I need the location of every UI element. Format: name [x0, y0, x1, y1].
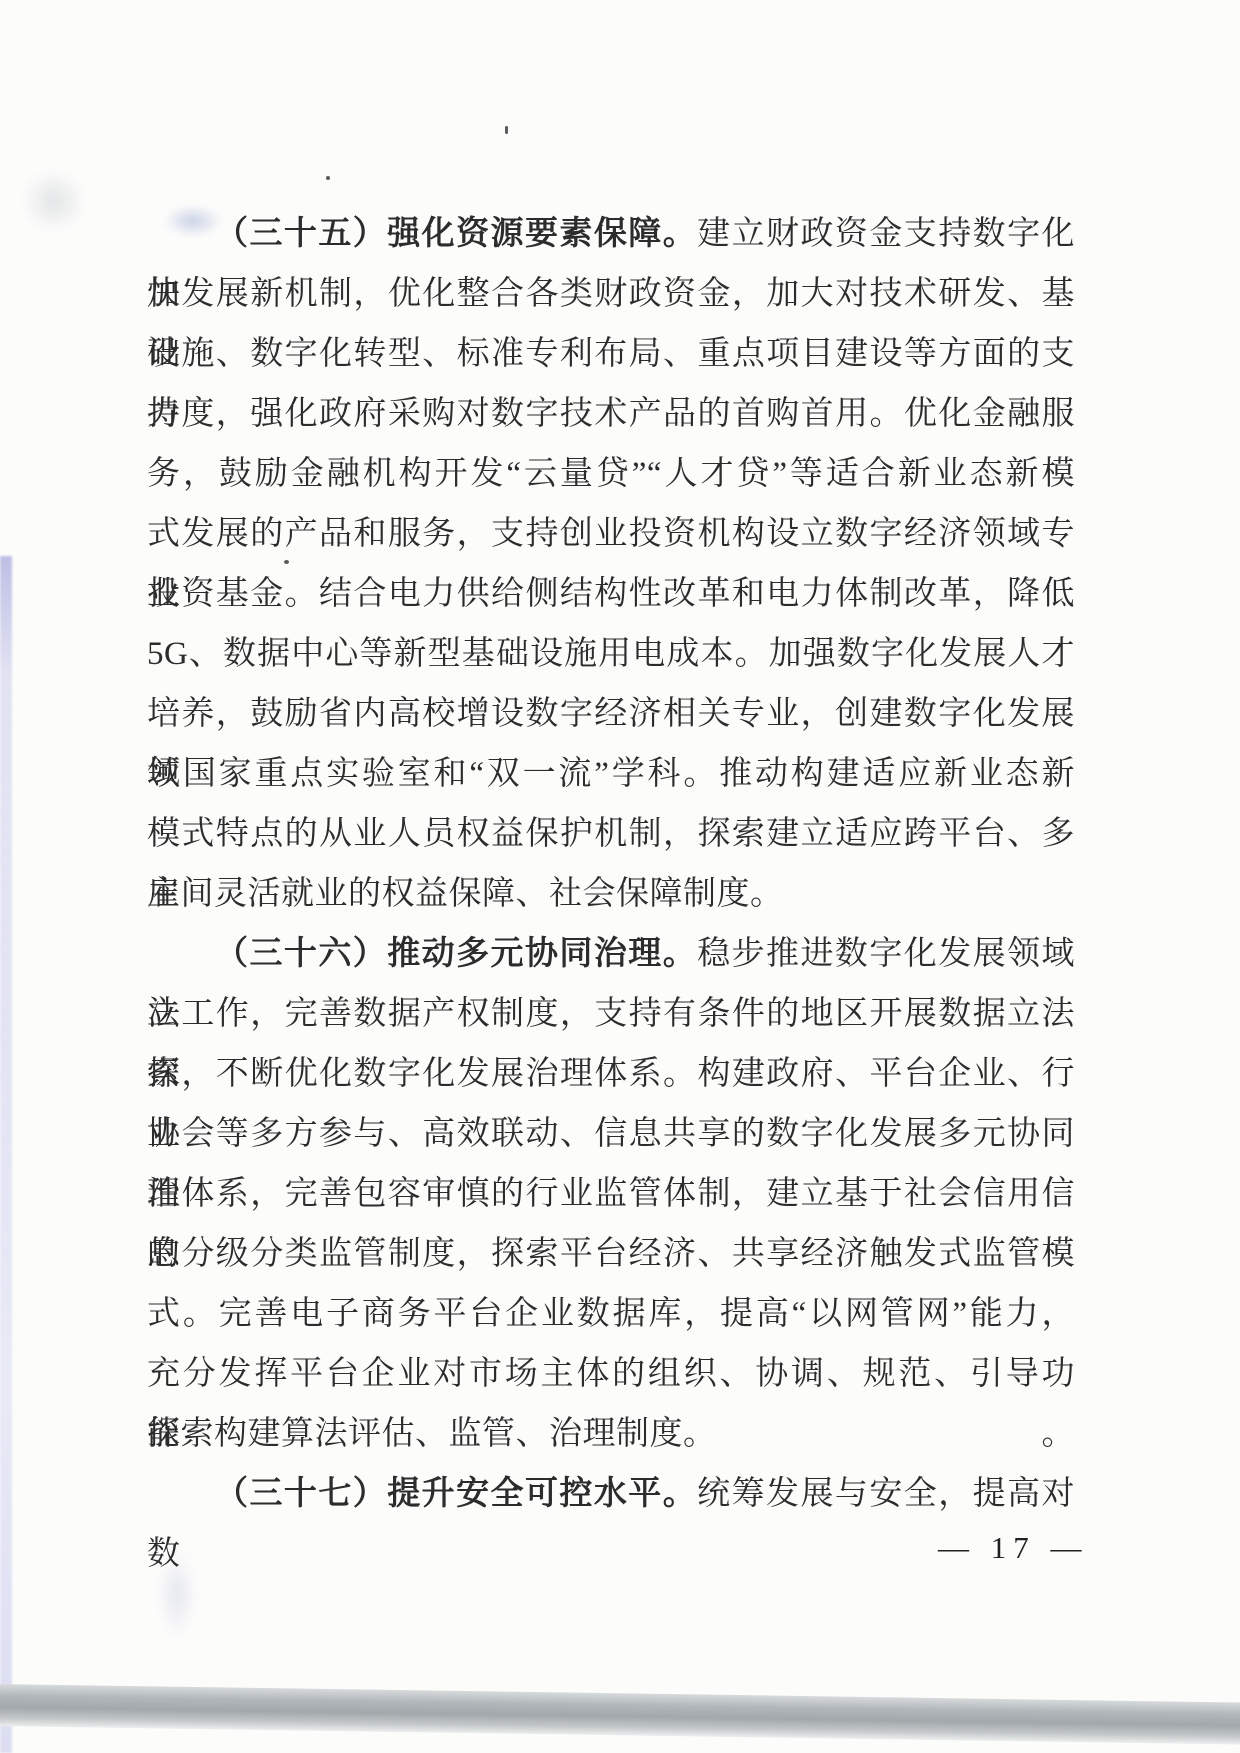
text-line: 法工作，完善数据产权制度，支持有条件的地区开展数据立法探 — [147, 984, 1075, 1044]
text-line: 充分发挥平台企业对市场主体的组织、协调、规范、引导功能。 — [147, 1344, 1075, 1404]
scan-bottom-shadow-band — [0, 1684, 1240, 1745]
body-text: 投资基金。结合电力供给侧结构性改革和电力体制改革，降低 — [147, 576, 1075, 612]
body-text: 5G、数据中心等新型基础设施用电成本。加强数字化发展人才 — [147, 636, 1075, 672]
scan-edge-strip — [0, 556, 12, 1753]
text-line: 的分级分类监管制度，探索平台经济、共享经济触发式监管模 — [147, 1224, 1075, 1284]
body-text: 的分级分类监管制度，探索平台经济、共享经济触发式监管模 — [147, 1236, 1075, 1272]
body-text: 式。完善电子商务平台企业数据库，提高“以网管网”能力， — [147, 1296, 1075, 1332]
clause-title-text: 强化资源要素保障。 — [387, 216, 697, 252]
body-text: 探索构建算法评估、监管、治理制度。 — [147, 1416, 717, 1452]
page-number: — 17 — — [938, 1530, 1089, 1566]
body-text: 主间灵活就业的权益保障、社会保障制度。 — [147, 876, 784, 912]
text-line: 式。完善电子商务平台企业数据库，提高“以网管网”能力， — [147, 1284, 1075, 1344]
text-line: 式发展的产品和服务，支持创业投资机构设立数字经济领域专业 — [147, 504, 1075, 564]
clause-title-text: 提升安全可控水平。 — [387, 1476, 697, 1512]
text-line: 索，不断优化数字化发展治理体系。构建政府、平台企业、行业 — [147, 1044, 1075, 1104]
scan-speck — [505, 126, 508, 134]
paragraph-clause-36: （三十六）推动多元协同治理。稳步推进数字化发展领域立法工作，完善数据产权制度，支… — [147, 924, 1075, 1464]
text-line: （三十七）提升安全可控水平。统筹发展与安全，提高对数 — [147, 1464, 1075, 1524]
clause-title-text: （三十六） — [215, 936, 387, 972]
scan-smudge-top-left — [22, 170, 86, 232]
text-line: （三十五）强化资源要素保障。建立财政资金支持数字化加 — [147, 204, 1075, 264]
text-line: 务，鼓励金融机构开发“云量贷”“人才贷”等适合新业态新模 — [147, 444, 1075, 504]
text-line: 培养，鼓励省内高校增设数字经济相关专业，创建数字化发展领 — [147, 684, 1075, 744]
text-line: 快发展新机制，优化整合各类财政资金，加大对技术研发、基础 — [147, 264, 1075, 324]
clause-title-text: （三十五） — [215, 216, 387, 252]
text-line: 主间灵活就业的权益保障、社会保障制度。 — [147, 864, 1075, 924]
text-line: 域国家重点实验室和“双一流”学科。推动构建适应新业态新 — [147, 744, 1075, 804]
clause-title-text: 推动多元协同治理。 — [387, 936, 697, 972]
text-line: 协会等多方参与、高效联动、信息共享的数字化发展多元协同治 — [147, 1104, 1075, 1164]
body-text: 域国家重点实验室和“双一流”学科。推动构建适应新业态新 — [147, 756, 1075, 792]
scan-speck — [326, 176, 330, 180]
text-line: 理体系，完善包容审慎的行业监管体制，建立基于社会信用信息 — [147, 1164, 1075, 1224]
text-line: 设施、数字化转型、标准专利布局、重点项目建设等方面的支持 — [147, 324, 1075, 384]
text-line: 力度，强化政府采购对数字技术产品的首购首用。优化金融服 — [147, 384, 1075, 444]
paragraph-clause-35: （三十五）强化资源要素保障。建立财政资金支持数字化加快发展新机制，优化整合各类财… — [147, 204, 1075, 924]
clause-title-text: （三十七） — [215, 1476, 387, 1512]
text-line: 投资基金。结合电力供给侧结构性改革和电力体制改革，降低 — [147, 564, 1075, 624]
text-line: （三十六）推动多元协同治理。稳步推进数字化发展领域立 — [147, 924, 1075, 984]
document-body: （三十五）强化资源要素保障。建立财政资金支持数字化加快发展新机制，优化整合各类财… — [147, 204, 1075, 1524]
paragraph-clause-37: （三十七）提升安全可控水平。统筹发展与安全，提高对数 — [147, 1464, 1075, 1524]
text-line: 模式特点的从业人员权益保护机制，探索建立适应跨平台、多雇 — [147, 804, 1075, 864]
text-line: 5G、数据中心等新型基础设施用电成本。加强数字化发展人才 — [147, 624, 1075, 684]
body-text: 力度，强化政府采购对数字技术产品的首购首用。优化金融服 — [147, 396, 1075, 432]
body-text: 务，鼓励金融机构开发“云量贷”“人才贷”等适合新业态新模 — [147, 456, 1075, 492]
scanned-document-page: （三十五）强化资源要素保障。建立财政资金支持数字化加快发展新机制，优化整合各类财… — [0, 0, 1240, 1753]
